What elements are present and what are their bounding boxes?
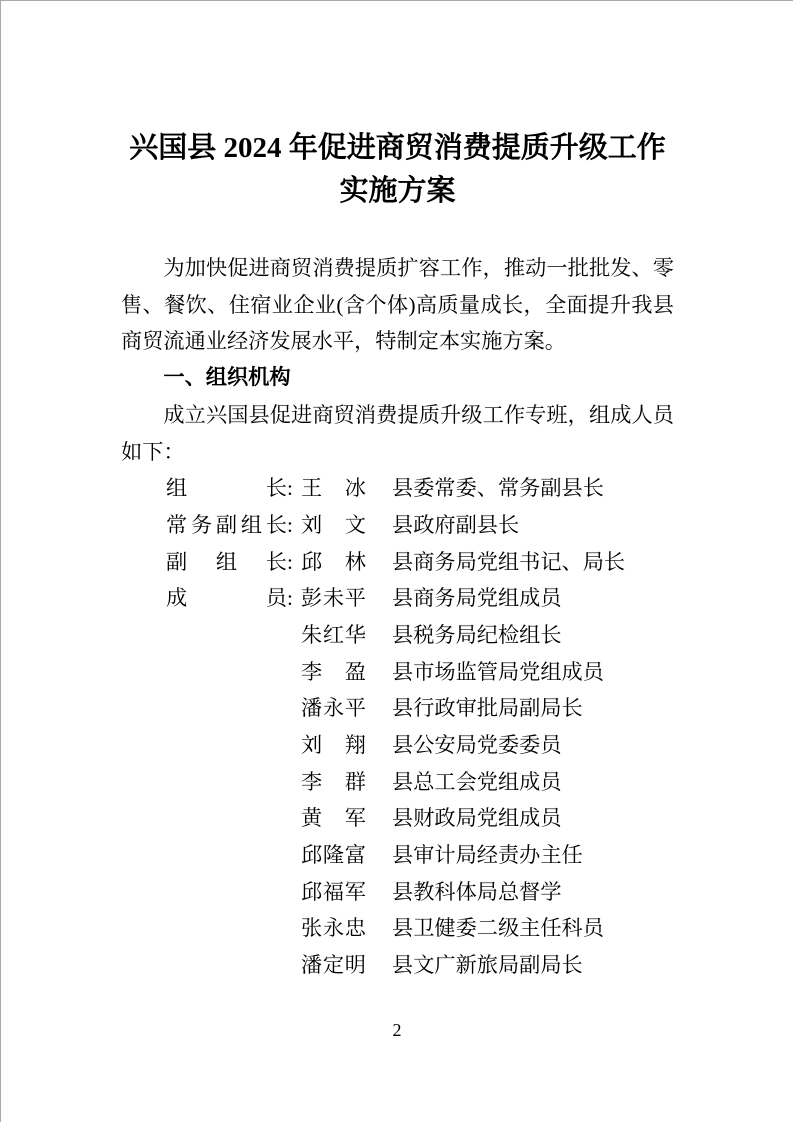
member-post: 县政府副县长 [392,507,519,544]
member-name: 王冰 [301,470,366,507]
member-role [166,910,287,947]
roster-row: 潘永平 县行政审批局副局长 [121,690,674,727]
role-colon [287,617,301,654]
member-post: 县行政审批局副局长 [392,690,583,727]
roster-row: 黄军 县财政局党组成员 [121,800,674,837]
member-post: 县教科体局总督学 [392,874,562,911]
member-name: 邱隆富 [301,837,366,874]
intro-paragraph: 为加快促进商贸消费提质扩容工作，推动一批批发、零售、餐饮、住宿业企业(含个体)高… [121,250,674,360]
member-post: 县总工会党组成员 [392,764,562,801]
member-name: 张永忠 [301,910,366,947]
member-post: 县商务局党组成员 [392,580,562,617]
roster-row: 李盈 县市场监管局党组成员 [121,654,674,691]
section-lead-paragraph: 成立兴国县促进商贸消费提质升级工作专班，组成人员如下： [121,397,674,470]
member-post: 县财政局党组成员 [392,800,562,837]
member-name: 朱红华 [301,617,366,654]
role-colon: : [287,580,301,617]
member-role [166,800,287,837]
roster-row: 朱红华 县税务局纪检组长 [121,617,674,654]
member-name: 刘翔 [301,727,366,764]
member-role: 副组长 [166,544,287,581]
member-role: 常务副组长 [166,507,287,544]
role-colon [287,690,301,727]
roster-row: 张永忠 县卫健委二级主任科员 [121,910,674,947]
member-role: 组长 [166,470,287,507]
document-title: 兴国县 2024 年促进商贸消费提质升级工作 实施方案 [111,127,684,213]
member-name: 潘定明 [301,947,366,984]
member-role [166,837,287,874]
role-colon [287,910,301,947]
role-colon [287,837,301,874]
member-post: 县公安局党委委员 [392,727,562,764]
member-post: 县委常委、常务副县长 [392,470,604,507]
roster-row: 副组长 : 邱林 县商务局党组书记、局长 [121,544,674,581]
document-body: 为加快促进商贸消费提质扩容工作，推动一批批发、零售、餐饮、住宿业企业(含个体)高… [121,250,674,984]
role-colon [287,764,301,801]
member-role [166,874,287,911]
document-page: 兴国县 2024 年促进商贸消费提质升级工作 实施方案 为加快促进商贸消费提质扩… [0,0,793,1122]
member-name: 刘文 [301,507,366,544]
role-colon: : [287,470,301,507]
member-post: 县商务局党组书记、局长 [392,544,625,581]
member-post: 县文广新旅局副局长 [392,947,583,984]
member-role: 成员 [166,580,287,617]
role-colon: : [287,544,301,581]
member-post: 县卫健委二级主任科员 [392,910,604,947]
roster-row: 刘翔 县公安局党委委员 [121,727,674,764]
member-role [166,654,287,691]
member-name: 彭未平 [301,580,366,617]
roster-row: 李群 县总工会党组成员 [121,764,674,801]
role-colon [287,874,301,911]
member-role [166,690,287,727]
title-line-2: 实施方案 [111,170,684,213]
member-post: 县税务局纪检组长 [392,617,562,654]
roster-row: 常务副组长 : 刘文 县政府副县长 [121,507,674,544]
roster-row: 成员 : 彭未平 县商务局党组成员 [121,580,674,617]
roster-row: 邱隆富 县审计局经责办主任 [121,837,674,874]
role-colon [287,800,301,837]
role-colon [287,947,301,984]
member-name: 李盈 [301,654,366,691]
member-post: 县审计局经责办主任 [392,837,583,874]
page-number: 2 [1,1017,793,1043]
roster-row: 潘定明 县文广新旅局副局长 [121,947,674,984]
roster-row: 邱福军 县教科体局总督学 [121,874,674,911]
role-colon: : [287,507,301,544]
member-name: 邱林 [301,544,366,581]
roster-row: 组长 : 王冰 县委常委、常务副县长 [121,470,674,507]
member-name: 李群 [301,764,366,801]
roster: 组长 : 王冰 县委常委、常务副县长 常务副组长 : 刘文 县政府副县长 副组长… [121,470,674,984]
member-name: 邱福军 [301,874,366,911]
member-role [166,947,287,984]
member-role [166,727,287,764]
page-content: 兴国县 2024 年促进商贸消费提质升级工作 实施方案 为加快促进商贸消费提质扩… [121,127,674,984]
member-name: 黄军 [301,800,366,837]
member-role [166,617,287,654]
member-name: 潘永平 [301,690,366,727]
member-post: 县市场监管局党组成员 [392,654,604,691]
section-heading: 一、组织机构 [121,360,674,397]
member-role [166,764,287,801]
role-colon [287,654,301,691]
title-line-1: 兴国县 2024 年促进商贸消费提质升级工作 [111,127,684,170]
role-colon [287,727,301,764]
